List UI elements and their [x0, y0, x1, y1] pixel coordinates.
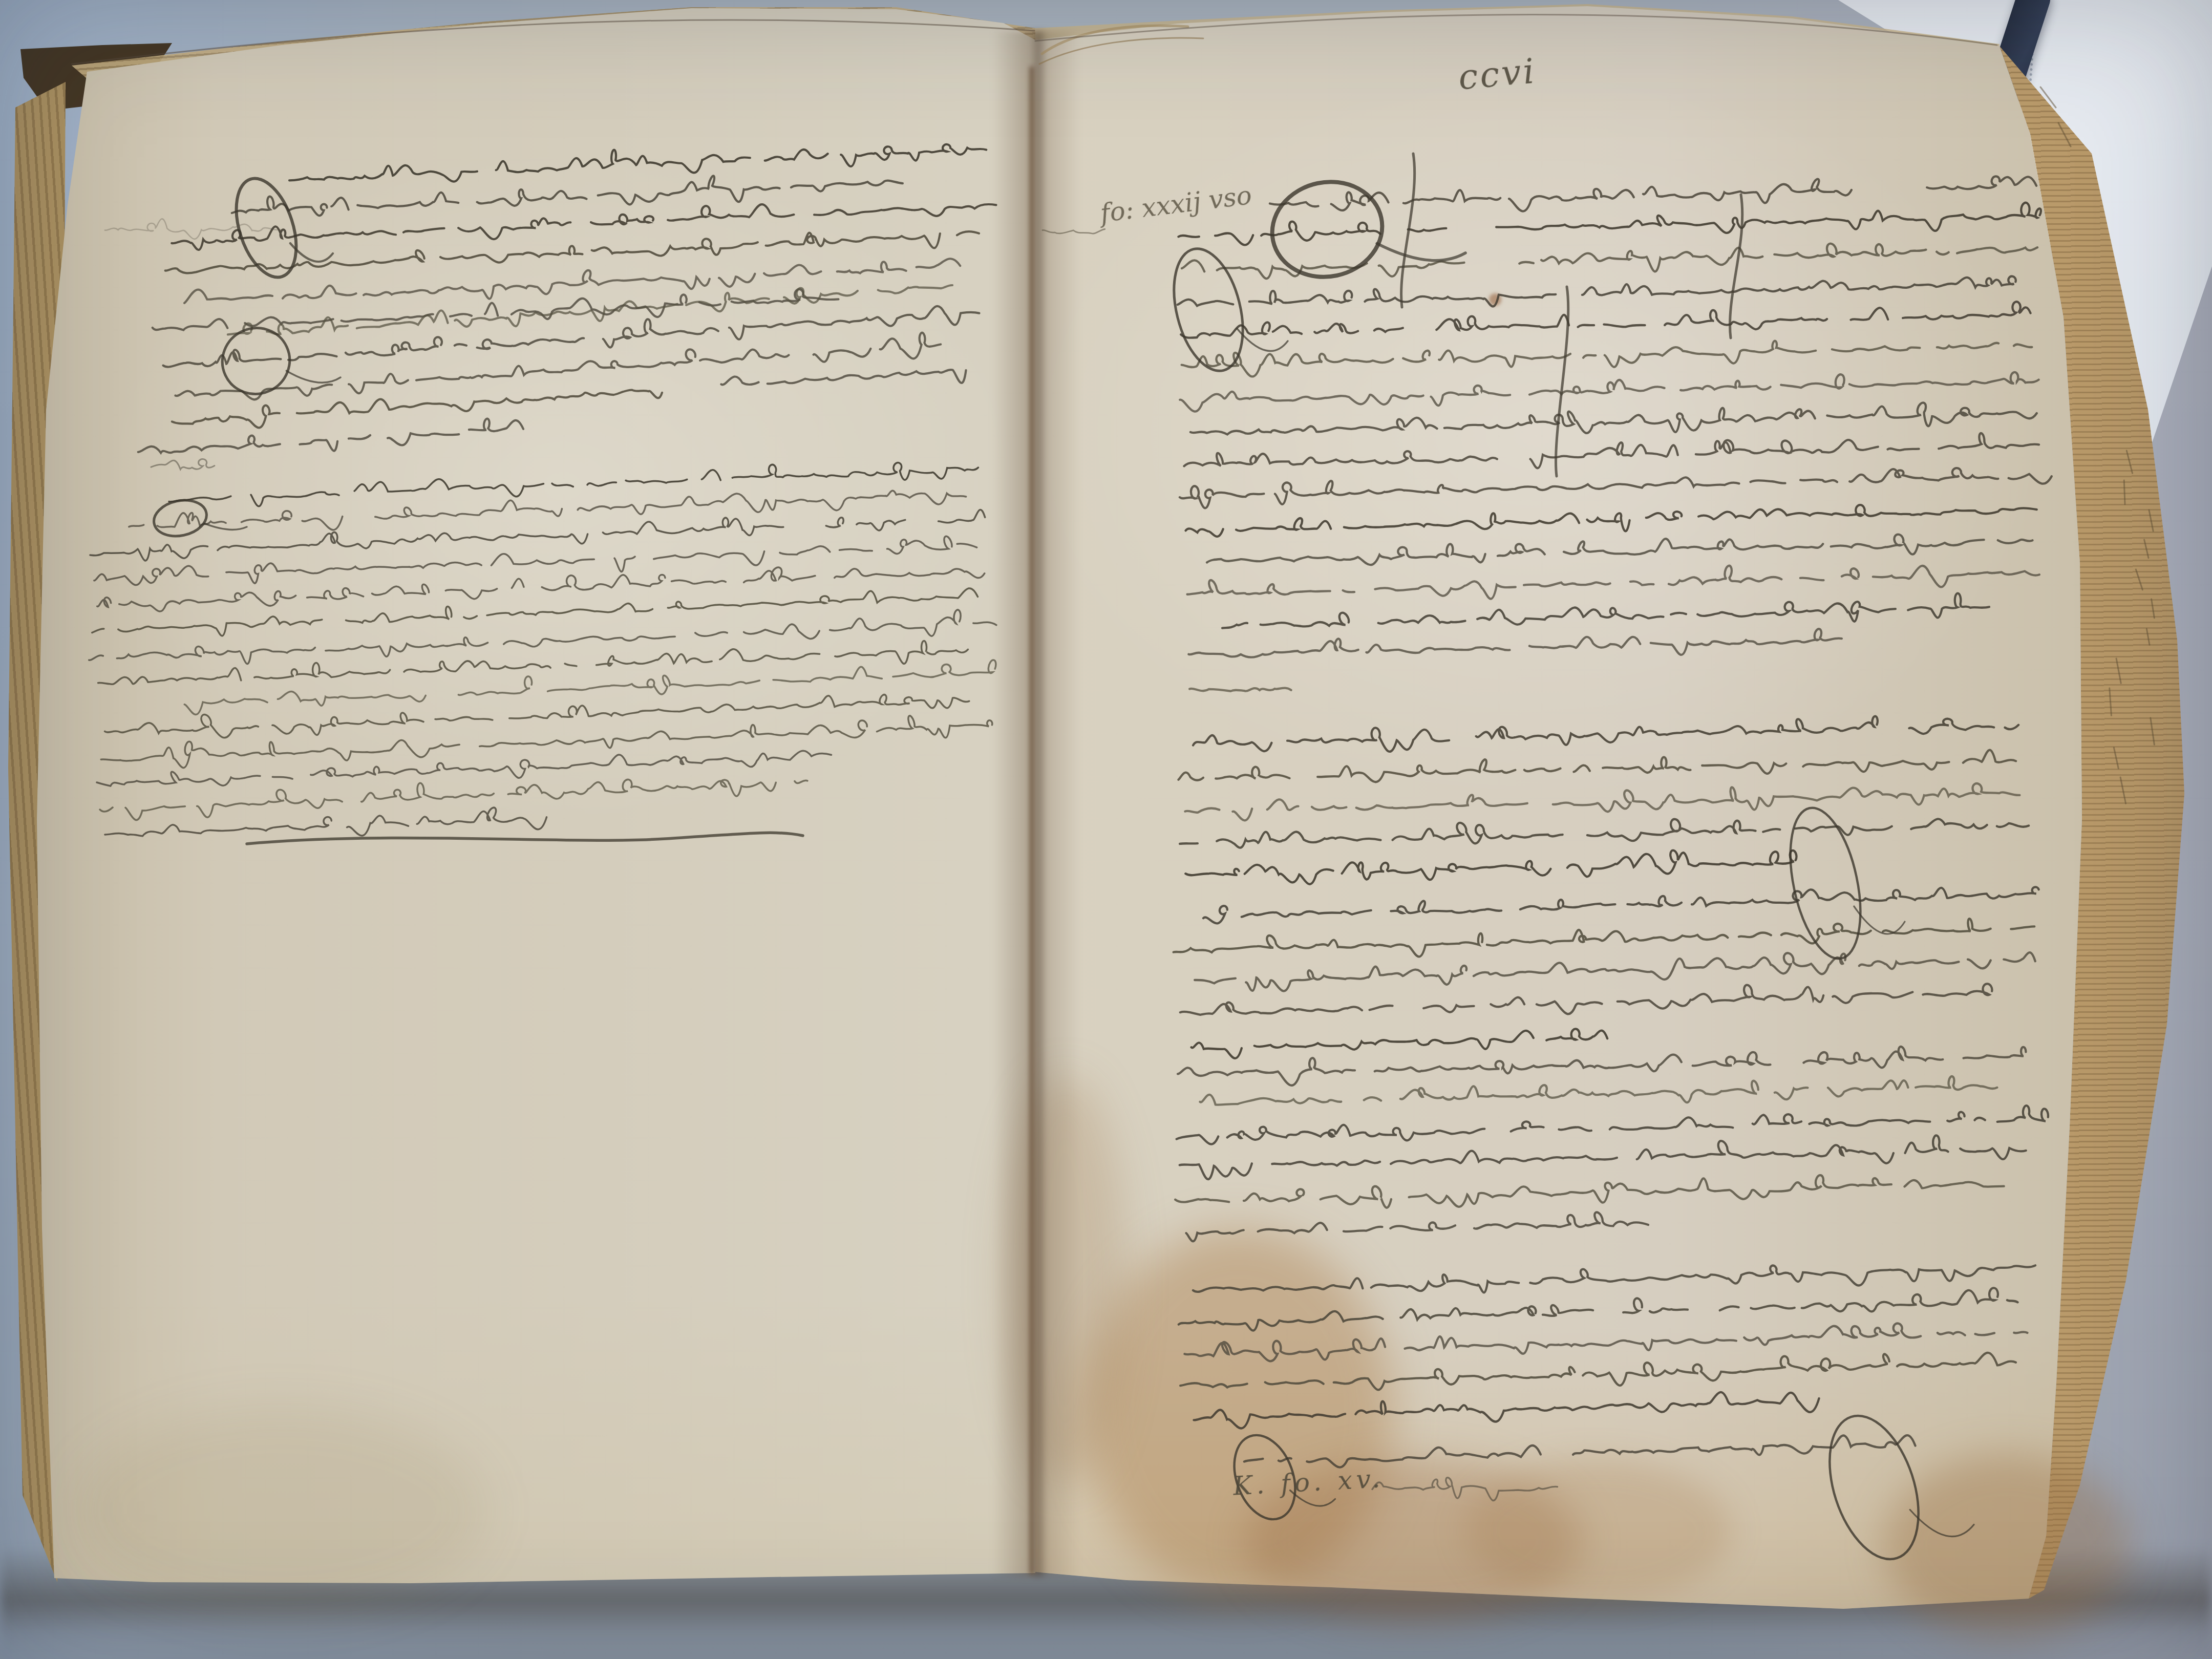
rust-spot — [1489, 293, 1501, 306]
damp-stain-page-corner — [1884, 1454, 2130, 1639]
gutter-shadow — [992, 31, 1080, 1577]
foxing-left-page — [77, 1408, 486, 1613]
damp-stain-bottom-right-of-center — [1464, 1459, 1731, 1603]
photo-scene: ccvi fo: xxxij vso K. fo. xv. — [0, 0, 2212, 1659]
folio-number: ccvi — [1457, 51, 1538, 98]
gutter-seam — [1029, 67, 1034, 1575]
